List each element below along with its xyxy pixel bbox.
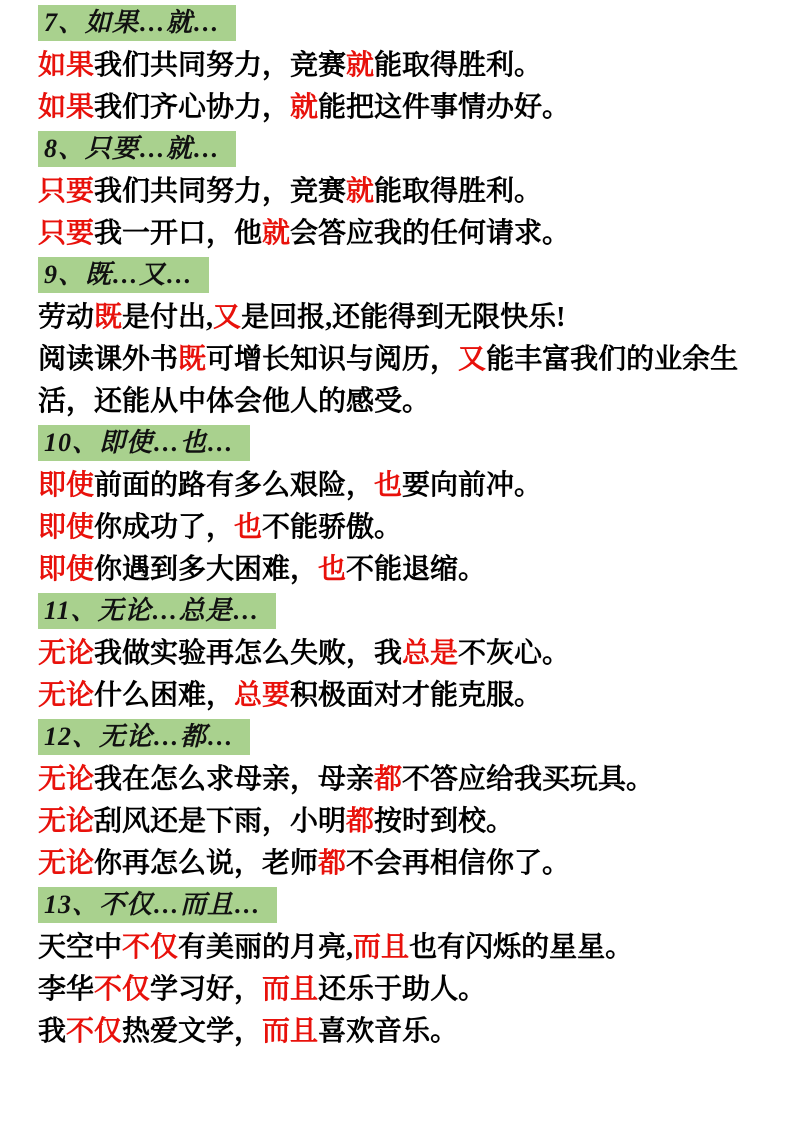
text-segment: 我们共同努力，竞赛 (94, 176, 346, 207)
conjunction-highlight: 也 (374, 470, 402, 501)
text-segment: 按时到校。 (374, 806, 514, 837)
conjunction-highlight: 就 (290, 92, 318, 123)
section-header: 12、无论…都… (38, 719, 250, 755)
section-header: 8、只要…就… (38, 131, 236, 167)
text-segment: 我 (38, 1016, 66, 1047)
text-segment: 你成功了， (94, 512, 234, 543)
section-13: 13、不仅…而且…天空中不仅有美丽的月亮,而且也有闪烁的星星。李华不仅学习好，而… (38, 887, 755, 1053)
conjunction-highlight: 不仅 (66, 1016, 122, 1047)
text-segment: 你遇到多大困难， (94, 554, 318, 585)
conjunction-highlight: 而且 (262, 1016, 318, 1047)
text-segment: 天空中 (38, 932, 122, 963)
conjunction-highlight: 也 (318, 554, 346, 585)
section-10: 10、即使…也…即使前面的路有多么艰险，也要向前冲。即使你成功了，也不能骄傲。即… (38, 425, 755, 591)
text-segment: 劳动 (38, 302, 94, 333)
sentence-line: 只要我一开口，他就会答应我的任何请求。 (38, 213, 755, 255)
conjunction-highlight: 即使 (38, 512, 94, 543)
section-8: 8、只要…就…只要我们共同努力，竞赛就能取得胜利。只要我一开口，他就会答应我的任… (38, 131, 755, 255)
conjunction-highlight: 只要 (38, 176, 94, 207)
conjunction-highlight: 都 (374, 764, 402, 795)
text-segment: 不答应给我买玩具。 (402, 764, 654, 795)
text-segment: 要向前冲。 (402, 470, 542, 501)
sentence-line: 如果我们齐心协力，就能把这件事情办好。 (38, 87, 755, 129)
sentence-line: 只要我们共同努力，竞赛就能取得胜利。 (38, 171, 755, 213)
conjunction-highlight: 总是 (402, 638, 458, 669)
sentence-line: 即使你成功了，也不能骄傲。 (38, 507, 755, 549)
conjunction-highlight: 就 (346, 50, 374, 81)
text-segment: 可增长知识与阅历， (206, 344, 458, 375)
text-segment: 喜欢音乐。 (318, 1016, 458, 1047)
text-segment: 不灰心。 (458, 638, 570, 669)
conjunction-highlight: 只要 (38, 218, 94, 249)
text-segment: 我在怎么求母亲，母亲 (94, 764, 374, 795)
sentence-line: 我不仅热爱文学，而且喜欢音乐。 (38, 1011, 755, 1053)
text-segment: 能把这件事情办好。 (318, 92, 570, 123)
conjunction-highlight: 又 (213, 302, 241, 333)
text-segment: 是付出, (122, 302, 213, 333)
sentence-line: 无论刮风还是下雨，小明都按时到校。 (38, 801, 755, 843)
sentence-line: 劳动既是付出,又是回报,还能得到无限快乐! (38, 297, 755, 339)
section-header: 10、即使…也… (38, 425, 250, 461)
worksheet-page: 7、如果…就…如果我们共同努力，竞赛就能取得胜利。如果我们齐心协力，就能把这件事… (0, 0, 793, 1122)
section-9: 9、既…又…劳动既是付出,又是回报,还能得到无限快乐!阅读课外书既可增长知识与阅… (38, 257, 755, 423)
text-segment: 不会再相信你了。 (346, 848, 570, 879)
text-segment: 能取得胜利。 (374, 50, 542, 81)
conjunction-highlight: 如果 (38, 50, 94, 81)
text-segment: 能取得胜利。 (374, 176, 542, 207)
conjunction-highlight: 无论 (38, 638, 94, 669)
text-segment: 前面的路有多么艰险， (94, 470, 374, 501)
text-segment: 我们共同努力，竞赛 (94, 50, 346, 81)
text-segment: 你再怎么说，老师 (94, 848, 318, 879)
conjunction-highlight: 即使 (38, 470, 94, 501)
conjunction-highlight: 都 (318, 848, 346, 879)
section-11: 11、无论…总是…无论我做实验再怎么失败，我总是不灰心。无论什么困难，总要积极面… (38, 593, 755, 717)
text-segment: 热爱文学， (122, 1016, 262, 1047)
conjunction-highlight: 不仅 (122, 932, 178, 963)
text-segment: 不能退缩。 (346, 554, 486, 585)
conjunction-highlight: 无论 (38, 848, 94, 879)
conjunction-highlight: 就 (346, 176, 374, 207)
text-segment: 不能骄傲。 (262, 512, 402, 543)
section-header: 9、既…又… (38, 257, 209, 293)
sentence-line: 天空中不仅有美丽的月亮,而且也有闪烁的星星。 (38, 927, 755, 969)
sentence-line: 无论我做实验再怎么失败，我总是不灰心。 (38, 633, 755, 675)
sentence-line: 李华不仅学习好，而且还乐于助人。 (38, 969, 755, 1011)
conjunction-highlight: 即使 (38, 554, 94, 585)
conjunction-highlight: 而且 (262, 974, 318, 1005)
text-segment: 什么困难， (94, 680, 234, 711)
text-segment: 也有闪烁的星星。 (409, 932, 633, 963)
text-segment: 是回报,还能得到无限快乐! (241, 302, 565, 333)
conjunction-highlight: 就 (262, 218, 290, 249)
conjunction-highlight: 也 (234, 512, 262, 543)
section-header: 11、无论…总是… (38, 593, 276, 629)
sections-container: 7、如果…就…如果我们共同努力，竞赛就能取得胜利。如果我们齐心协力，就能把这件事… (38, 5, 755, 1053)
text-segment: 还乐于助人。 (318, 974, 486, 1005)
conjunction-highlight: 无论 (38, 806, 94, 837)
conjunction-highlight: 不仅 (94, 974, 150, 1005)
conjunction-highlight: 如果 (38, 92, 94, 123)
sentence-line: 阅读课外书既可增长知识与阅历，又能丰富我们的业余生活，还能从中体会他人的感受。 (38, 339, 755, 423)
text-segment: 刮风还是下雨，小明 (94, 806, 346, 837)
text-segment: 阅读课外书 (38, 344, 178, 375)
section-12: 12、无论…都…无论我在怎么求母亲，母亲都不答应给我买玩具。无论刮风还是下雨，小… (38, 719, 755, 885)
section-header: 13、不仅…而且… (38, 887, 277, 923)
section-header: 7、如果…就… (38, 5, 236, 41)
conjunction-highlight: 无论 (38, 680, 94, 711)
text-segment: 我们齐心协力， (94, 92, 290, 123)
text-segment: 会答应我的任何请求。 (290, 218, 570, 249)
sentence-line: 即使前面的路有多么艰险，也要向前冲。 (38, 465, 755, 507)
text-segment: 有美丽的月亮, (178, 932, 353, 963)
text-segment: 积极面对才能克服。 (290, 680, 542, 711)
section-7: 7、如果…就…如果我们共同努力，竞赛就能取得胜利。如果我们齐心协力，就能把这件事… (38, 5, 755, 129)
conjunction-highlight: 无论 (38, 764, 94, 795)
conjunction-highlight: 总要 (234, 680, 290, 711)
conjunction-highlight: 又 (458, 344, 486, 375)
text-segment: 李华 (38, 974, 94, 1005)
text-segment: 我一开口，他 (94, 218, 262, 249)
conjunction-highlight: 都 (346, 806, 374, 837)
sentence-line: 无论我在怎么求母亲，母亲都不答应给我买玩具。 (38, 759, 755, 801)
text-segment: 我做实验再怎么失败，我 (94, 638, 402, 669)
sentence-line: 无论什么困难，总要积极面对才能克服。 (38, 675, 755, 717)
conjunction-highlight: 而且 (353, 932, 409, 963)
text-segment: 学习好， (150, 974, 262, 1005)
sentence-line: 无论你再怎么说，老师都不会再相信你了。 (38, 843, 755, 885)
conjunction-highlight: 既 (94, 302, 122, 333)
sentence-line: 即使你遇到多大困难，也不能退缩。 (38, 549, 755, 591)
sentence-line: 如果我们共同努力，竞赛就能取得胜利。 (38, 45, 755, 87)
conjunction-highlight: 既 (178, 344, 206, 375)
